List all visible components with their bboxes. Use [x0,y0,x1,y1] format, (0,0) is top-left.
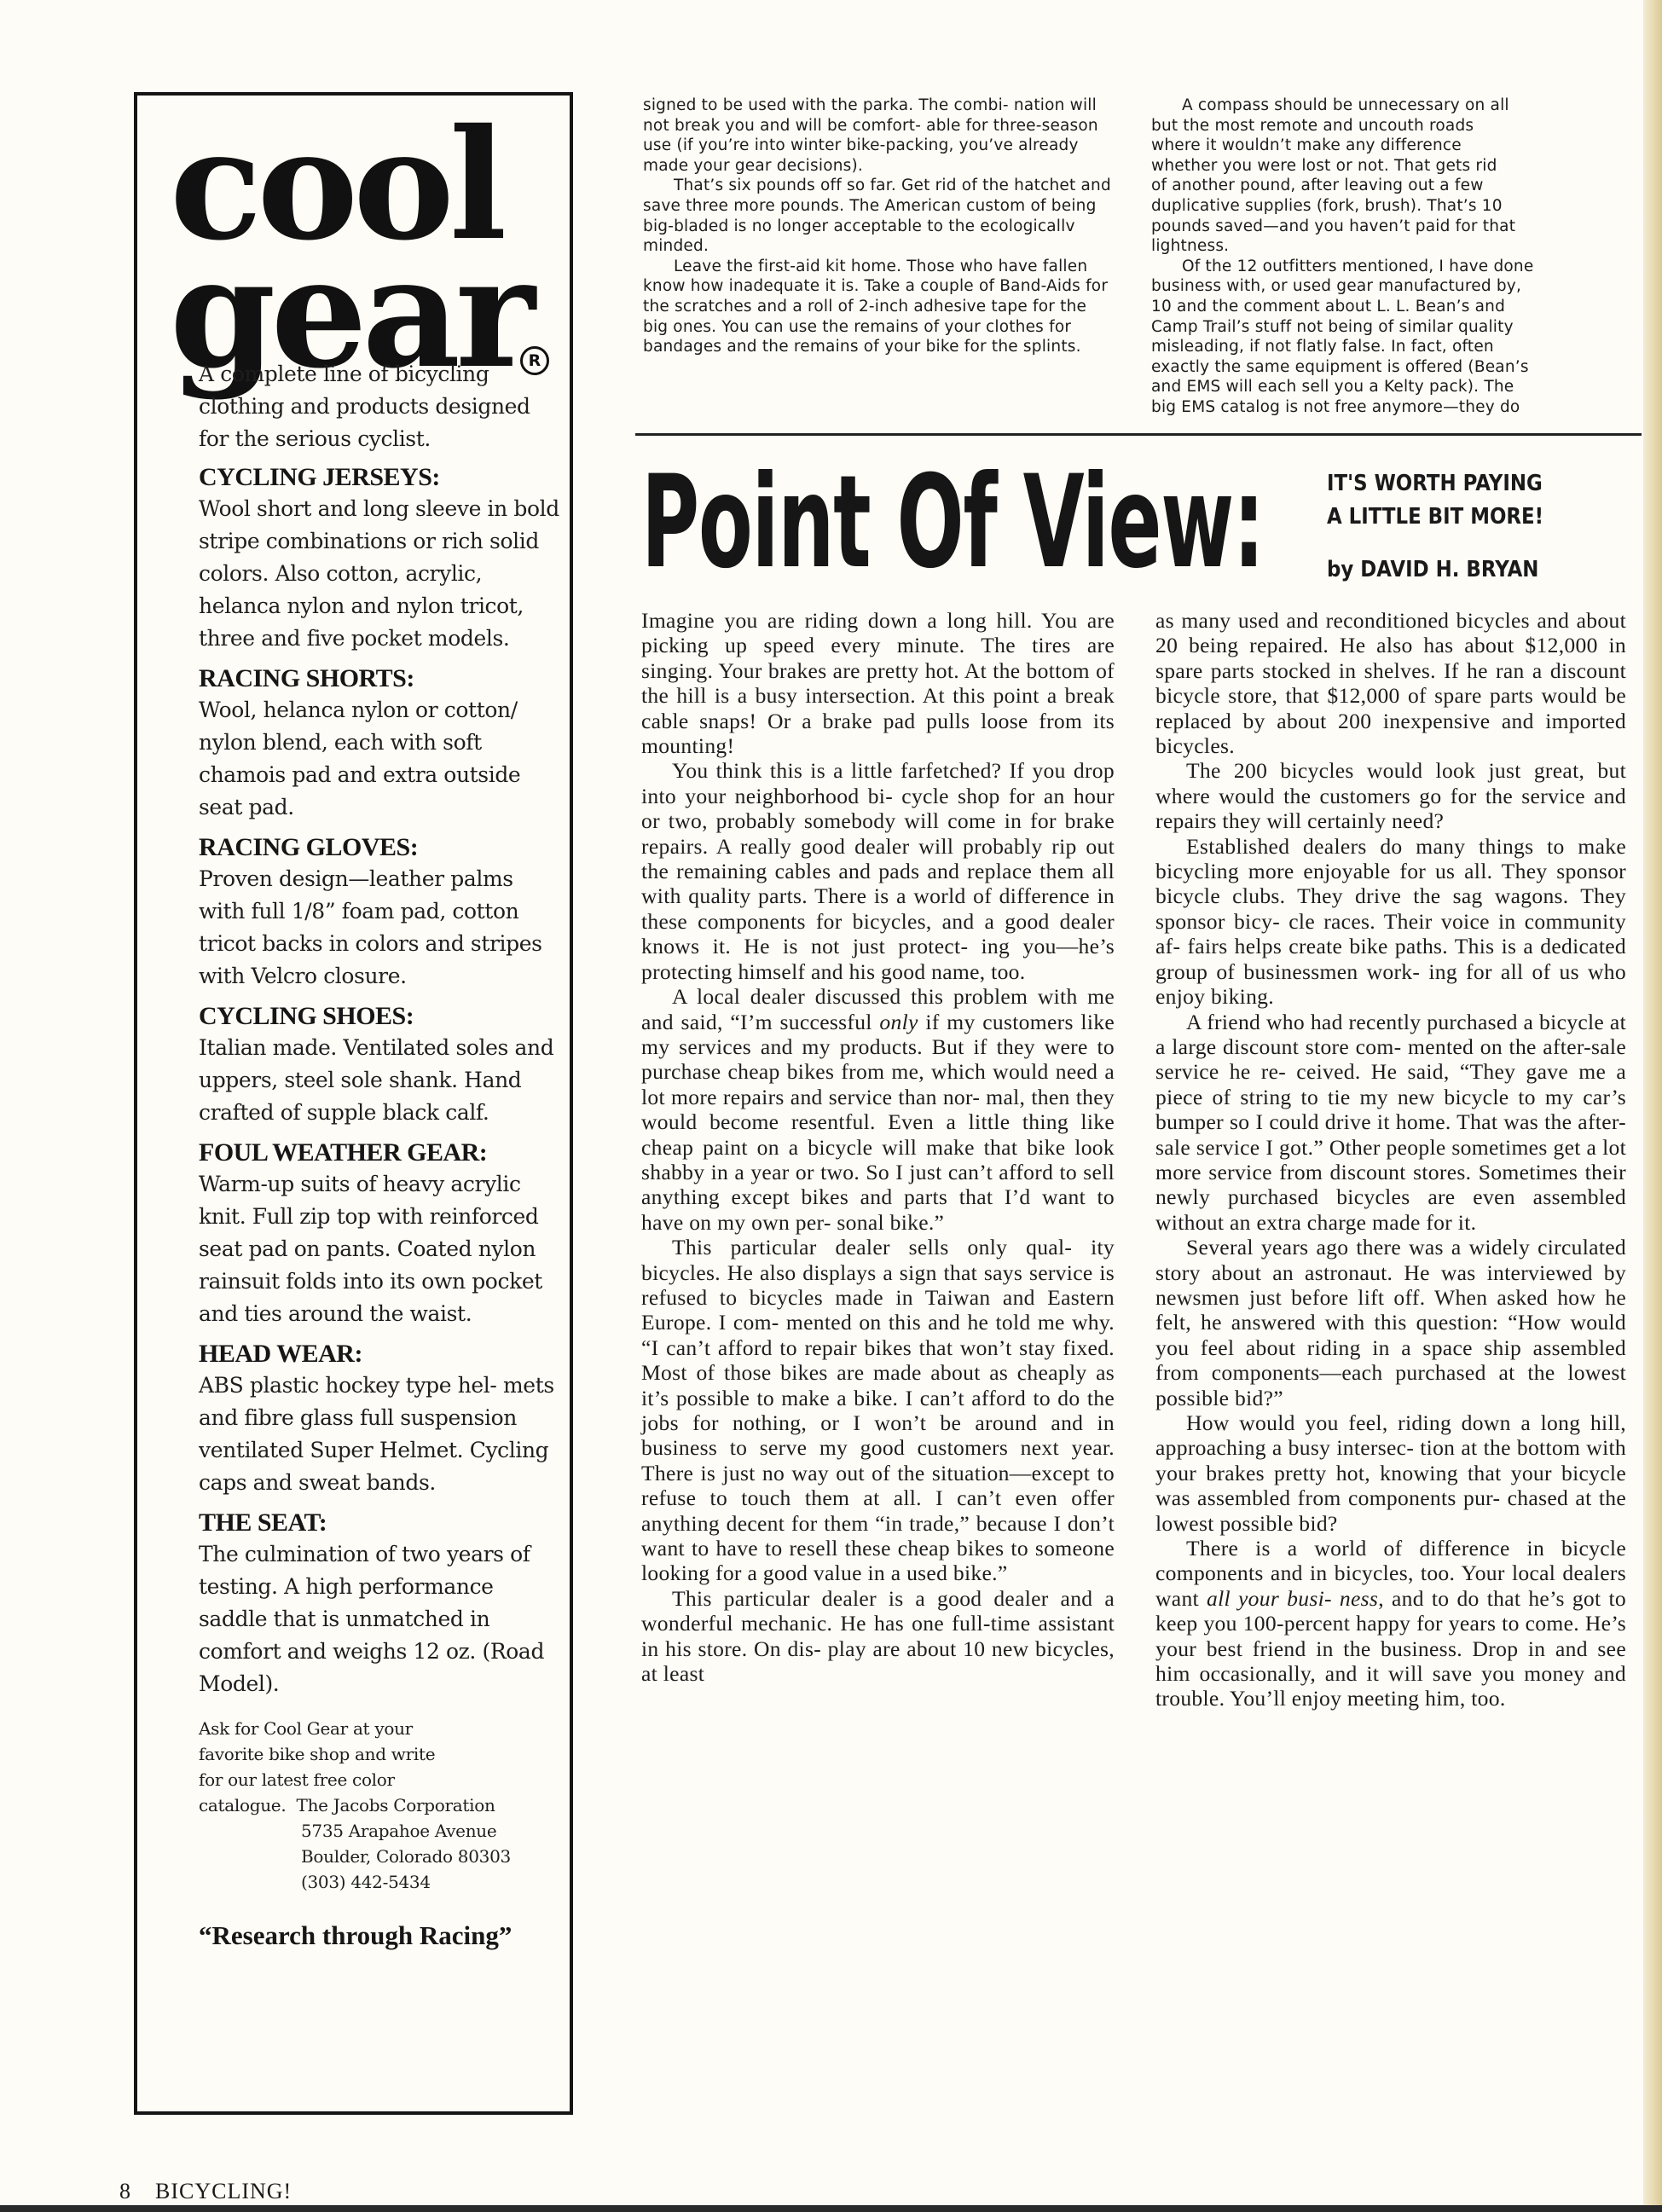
ad-slogan: “Research through Racing” [199,1920,565,1951]
text-line: whether you were lost or not. That gets … [1151,156,1595,177]
publication-name: BICYCLING! [155,2179,292,2203]
ad-section-body: Italian made. Ventilated soles and upper… [199,1032,565,1129]
paragraph: Leave the first-aid kit home. Those who … [643,257,1116,357]
contact-line: for our latest free color [199,1767,565,1792]
contact-catalogue-line: catalogue. The Jacobs Corporation [199,1792,565,1818]
paragraph: Several years ago there was a widely cir… [1155,1235,1626,1410]
page-footer: 8BICYCLING! [119,2179,292,2204]
text-line: but the most remote and uncouth roads [1151,116,1595,136]
ad-section-body: Wool, helanca nylon or cotton/ nylon ble… [199,694,565,824]
section-divider [635,433,1642,436]
paragraph: Imagine you are riding down a long hill.… [641,608,1115,758]
cool-gear-logo: cool gear R [170,121,549,385]
paragraph: signed to be used with the parka. The co… [643,96,1116,176]
ad-section-shoes: CYCLING SHOES: Italian made. Ventilated … [199,1001,565,1129]
article-byline: by DAVID H. BRYAN [1327,557,1538,582]
ad-section-heading: THE SEAT: [199,1508,565,1538]
paragraph: That’s six pounds off so far. Get rid of… [643,176,1116,256]
ad-section-foul-weather: FOUL WEATHER GEAR: Warm-up suits of heav… [199,1138,565,1330]
paragraph: There is a world of difference in bicycl… [1155,1536,1626,1711]
text-line: where it wouldn’t make any difference [1151,136,1595,156]
text-line: of another pound, after leaving out a fe… [1151,176,1595,196]
text-line: Of the 12 outfitters mentioned, I have d… [1151,257,1595,277]
ad-content: A complete line of bicycling clothing an… [199,358,565,1951]
ad-section-seat: THE SEAT: The culmination of two years o… [199,1508,565,1700]
ad-section-heading: HEAD WEAR: [199,1339,565,1369]
article-column-1: Imagine you are riding down a long hill.… [641,608,1115,1686]
text-line: A compass should be unnecessary on all [1151,96,1595,116]
emphasis: only [879,1010,918,1034]
text-line: and EMS will each sell you a Kelty pack)… [1151,377,1595,397]
page-number: 8 [119,2179,131,2203]
continued-article-right-column: A compass should be unnecessary on all b… [1151,96,1595,418]
street-address: 5735 Arapahoe Avenue [199,1818,565,1844]
ad-contact-block: Ask for Cool Gear at your favorite bike … [199,1716,565,1895]
ad-section-heading: RACING SHORTS: [199,663,565,694]
paragraph: You think this is a little farfetched? I… [641,758,1115,984]
text-line: misleading, if not flatly false. In fact… [1151,337,1595,357]
ad-section-body: ABS plastic hockey type hel- mets and fi… [199,1369,565,1499]
subtitle-line: IT'S WORTH PAYING [1327,467,1582,501]
cool-gear-advertisement: cool gear R A complete line of bicycling… [134,92,573,2115]
text-line: 10 and the comment about L. L. Bean’s an… [1151,297,1595,317]
paragraph: A friend who had recently purchased a bi… [1155,1010,1626,1236]
text-line: business with, or used gear manufactured… [1151,276,1595,297]
article-column-2: as many used and reconditioned bicycles … [1155,608,1626,1711]
emphasis: all your busi- ness [1207,1586,1378,1611]
city-address: Boulder, Colorado 80303 [199,1844,565,1869]
paragraph: How would you feel, riding down a long h… [1155,1410,1626,1536]
text-line: pounds saved—and you haven’t paid for th… [1151,217,1595,237]
paragraph: as many used and reconditioned bicycles … [1155,608,1626,758]
ad-section-body: The culmination of two years of testing.… [199,1538,565,1700]
ad-section-shorts: RACING SHORTS: Wool, helanca nylon or co… [199,663,565,824]
contact-line: Ask for Cool Gear at your [199,1716,565,1741]
paragraph: Established dealers do many things to ma… [1155,834,1626,1010]
ad-intro: A complete line of bicycling clothing an… [199,358,565,455]
ad-section-jerseys: CYCLING JERSEYS: Wool short and long sle… [199,462,565,655]
article-subtitle: IT'S WORTH PAYING A LITTLE BIT MORE! [1327,467,1582,534]
phone-number: (303) 442-5434 [199,1869,565,1895]
subtitle-line: A LITTLE BIT MORE! [1327,501,1582,534]
ad-section-head-wear: HEAD WEAR: ABS plastic hockey type hel- … [199,1339,565,1499]
ad-section-heading: CYCLING SHOES: [199,1001,565,1032]
paragraph: This particular dealer is a good dealer … [641,1586,1115,1687]
text-line: lightness. [1151,236,1595,257]
ad-section-heading: RACING GLOVES: [199,832,565,863]
text-line: Camp Trail’s stuff not being of similar … [1151,317,1595,338]
paragraph: This particular dealer sells only qual- … [641,1235,1115,1586]
text-run: if my customers like my services and my … [641,1010,1115,1235]
ad-section-gloves: RACING GLOVES: Proven design—leather pal… [199,832,565,993]
text-line: big EMS catalog is not free anymore—they… [1151,397,1595,418]
page-gutter-edge [1643,0,1662,2212]
continued-article-middle-column: signed to be used with the parka. The co… [643,96,1116,357]
ad-section-body: Wool short and long sleeve in bold strip… [199,493,565,655]
contact-line: favorite bike shop and write [199,1741,565,1767]
ad-section-body: Proven design—leather palms with full 1/… [199,863,565,993]
company-name: The Jacobs Corporation [297,1795,495,1815]
ad-section-body: Warm-up suits of heavy acrylic knit. Ful… [199,1168,565,1330]
text-line: exactly the same equipment is offered (B… [1151,357,1595,378]
paragraph: The 200 bicycles would look just great, … [1155,758,1626,833]
page-bottom-edge [0,2205,1662,2212]
contact-catalogue: catalogue. [199,1795,286,1815]
article-title: Point Of View: [641,450,1264,595]
paragraph: A local dealer discussed this problem wi… [641,984,1115,1235]
text-line: duplicative supplies (fork, brush). That… [1151,196,1595,217]
ad-section-heading: CYCLING JERSEYS: [199,462,565,493]
ad-section-heading: FOUL WEATHER GEAR: [199,1138,565,1168]
